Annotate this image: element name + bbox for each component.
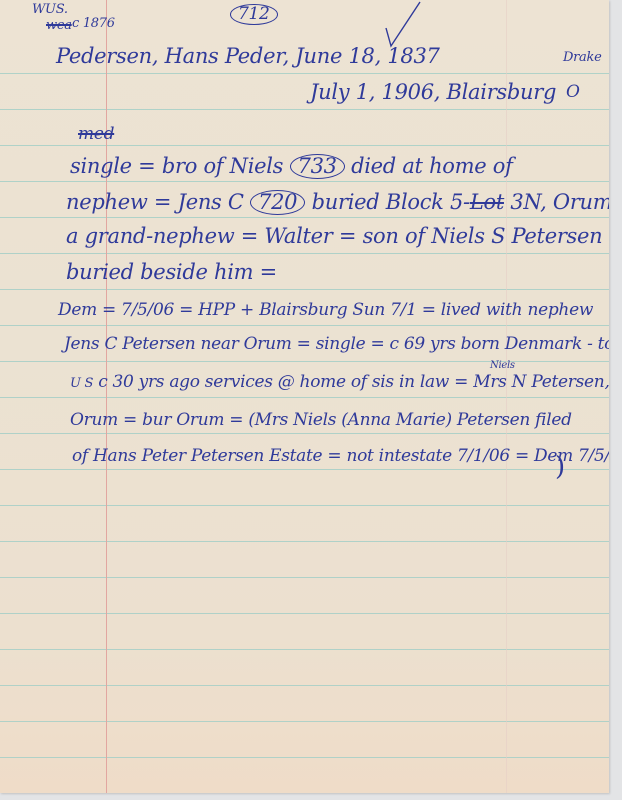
record-number: 712 — [230, 4, 278, 25]
body-line-7: U S c 30 yrs ago services @ home of sis … — [70, 372, 609, 392]
top-left-note: WUS. — [32, 2, 68, 17]
corner-mark: O — [566, 82, 580, 102]
corner-note: Drake — [563, 50, 601, 65]
ruled-line — [0, 721, 609, 722]
ruled-line — [0, 577, 609, 578]
note-card: WUS. wea c 1876 712 Pedersen, Hans Peder… — [0, 0, 609, 793]
ruled-line — [0, 253, 609, 254]
ruled-line — [0, 469, 609, 470]
line-text: a grand-nephew = Walter = son of Niels S… — [66, 224, 602, 248]
faint-vertical-line — [506, 0, 507, 793]
check-mark-icon — [382, 0, 422, 50]
ruled-line — [0, 73, 609, 74]
margin-line — [106, 0, 107, 793]
ruled-line — [0, 433, 609, 434]
name-birth-line: Pedersen, Hans Peder, June 18, 1837 — [56, 44, 440, 68]
ruled-line — [0, 181, 609, 182]
line-text: died at home of — [351, 154, 512, 178]
line-text: c 30 yrs ago services @ home of sis in l… — [98, 372, 609, 392]
top-left-year-note: c 1876 — [72, 16, 115, 31]
ruled-line — [0, 649, 609, 650]
line-text: buried Block 5- — [312, 190, 470, 214]
circled-number: 733 — [290, 154, 345, 179]
ruled-line — [0, 397, 609, 398]
body-line-3: a grand-nephew = Walter = son of Niels S… — [66, 224, 609, 249]
line-text: U S — [70, 376, 93, 391]
record-number-circle: 712 — [230, 4, 278, 25]
ruled-line — [0, 541, 609, 542]
body-line-1: single = bro of Niels 733 died at home o… — [70, 154, 513, 179]
body-line-9: of Hans Peter Petersen Estate = not inte… — [72, 446, 609, 466]
top-left-struck-note: wea — [46, 18, 72, 33]
body-line-5: Dem = 7/5/06 = HPP + Blairsburg Sun 7/1 … — [58, 300, 593, 320]
ruled-line — [0, 613, 609, 614]
ruled-line — [0, 757, 609, 758]
circled-number: 720 — [250, 190, 305, 215]
line-text: 3N, Orum — [510, 190, 609, 214]
struck-text: Lot — [470, 190, 504, 214]
line-text: single = bro of Niels — [70, 154, 283, 178]
body-line-2: nephew = Jens C 720 buried Block 5-Lot 3… — [66, 190, 609, 215]
death-line: July 1, 1906, Blairsburg — [310, 80, 556, 104]
body-line-6: Jens C Petersen near Orum = single = c 6… — [64, 334, 609, 354]
ruled-line — [0, 289, 609, 290]
ruled-line — [0, 325, 609, 326]
ruled-line — [0, 361, 609, 362]
ruled-line — [0, 505, 609, 506]
body-line-4: buried beside him = — [66, 260, 277, 284]
superscript-note: Niels — [490, 360, 515, 371]
ruled-line — [0, 217, 609, 218]
body-line-8: Orum = bur Orum = (Mrs Niels (Anna Marie… — [70, 410, 572, 430]
ruled-line — [0, 685, 609, 686]
ruled-line — [0, 109, 609, 110]
line-text: nephew = Jens C — [66, 190, 244, 214]
struck-word: med — [78, 124, 114, 144]
ruled-line — [0, 145, 609, 146]
closing-paren: ) — [555, 452, 565, 482]
